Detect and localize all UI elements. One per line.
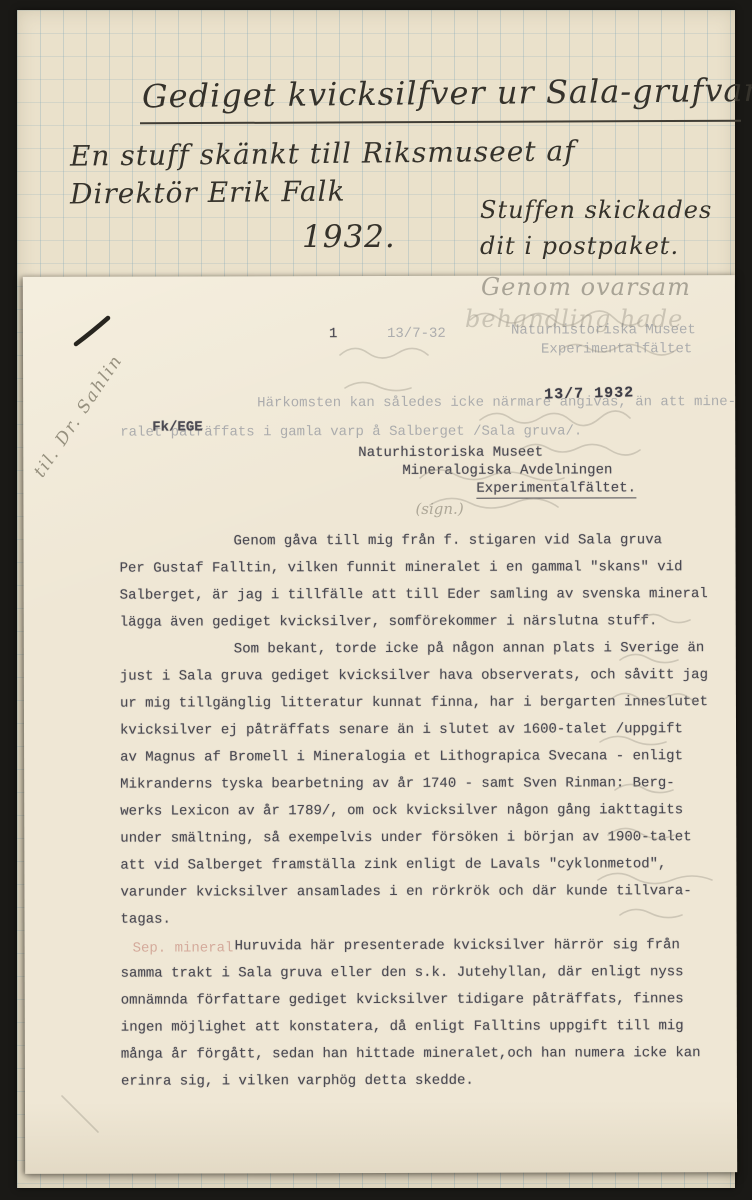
typed-line: många år förgått, sedan han hittade mine… <box>121 1040 727 1069</box>
recipient-line-2: Mineralogiska Avdelningen <box>402 462 612 479</box>
typed-line: Mikranderns tyska bearbetning av år 1740… <box>120 770 726 799</box>
typed-line: Genom gåva till mig från f. stigaren vid… <box>119 527 725 556</box>
typed-line: erinra sig, i vilken varphög detta skedd… <box>121 1067 727 1096</box>
typed-line: tagas. <box>120 905 726 934</box>
typed-line: Salberget, är jag i tillfälle att till E… <box>120 581 726 610</box>
pencil-signature: (sign.) <box>415 500 463 518</box>
side-note-line-3: Genom ovarsam <box>481 273 691 301</box>
recipient-line-1: Naturhistoriska Museet <box>358 445 543 461</box>
side-note-line-2: dit i postpaket. <box>480 232 679 260</box>
handwritten-year: 1932. <box>302 219 396 255</box>
typed-line: ur mig tillgänglig litteratur kunnat fin… <box>120 689 726 718</box>
handwritten-line-1: En stuff skänkt till Riksmuseet af <box>70 134 576 172</box>
typed-line: samma trakt i Sala gruva eller den s.k. … <box>121 959 727 988</box>
typed-line: Per Gustaf Falltin, vilken funnit minera… <box>120 554 726 583</box>
typed-letter-page: 1 13/7-32 Naturhistoriska Museet Experim… <box>23 275 737 1174</box>
typed-line: Som bekant, torde icke på någon annan pl… <box>120 635 726 664</box>
handwritten-line-2: Direktör Erik Falk <box>70 175 346 211</box>
page-number: 1 <box>329 326 337 342</box>
photo-frame: Gediget kvicksilfver ur Sala-grufvan. En… <box>0 0 752 1200</box>
typed-line: under smältning, så exempelvis under för… <box>120 824 726 853</box>
typed-line: omnämnda författare gediget kvicksilver … <box>121 986 727 1015</box>
letter-date: 13/7 1932 <box>544 384 634 403</box>
typed-line: kvicksilver ej påträffats senare än i sl… <box>120 716 726 745</box>
recipient-line-3: Experimentalfältet. <box>476 480 636 498</box>
faint-header-line-2: Experimentalfältet <box>541 341 692 357</box>
typed-line: att vid Salberget framställa zink enligt… <box>120 851 726 880</box>
typed-line: av Magnus af Bromell i Mineralogia et Li… <box>120 743 726 772</box>
typed-line: just i Sala gruva gediget kvicksilver ha… <box>120 662 726 691</box>
typed-line: lägga även gediget kvicksilver, somförek… <box>120 608 726 637</box>
handwritten-title: Gediget kvicksilfver ur Sala-grufvan. <box>142 71 752 116</box>
letter-body: Genom gåva till mig från f. stigaren vid… <box>119 527 726 1096</box>
typed-line: varunder kvicksilver ansamlades i en rör… <box>120 878 726 907</box>
typed-line: Huruvida här presenterade kvicksilver hä… <box>121 932 727 961</box>
side-note-line-4: behandling hade <box>465 305 683 333</box>
typed-line: ingen möjlighet att konstatera, då enlig… <box>121 1013 727 1042</box>
faint-carbon-date: 13/7-32 <box>387 326 446 342</box>
faint-carbon-line-1: Härkomsten kan således icke närmare angi… <box>257 394 736 411</box>
typed-line: werks Lexicon av år 1789/, om ock kvicks… <box>120 797 726 826</box>
side-note-line-1: Stuffen skickades <box>480 196 712 224</box>
reference-code: Fk/EGE <box>152 419 202 435</box>
